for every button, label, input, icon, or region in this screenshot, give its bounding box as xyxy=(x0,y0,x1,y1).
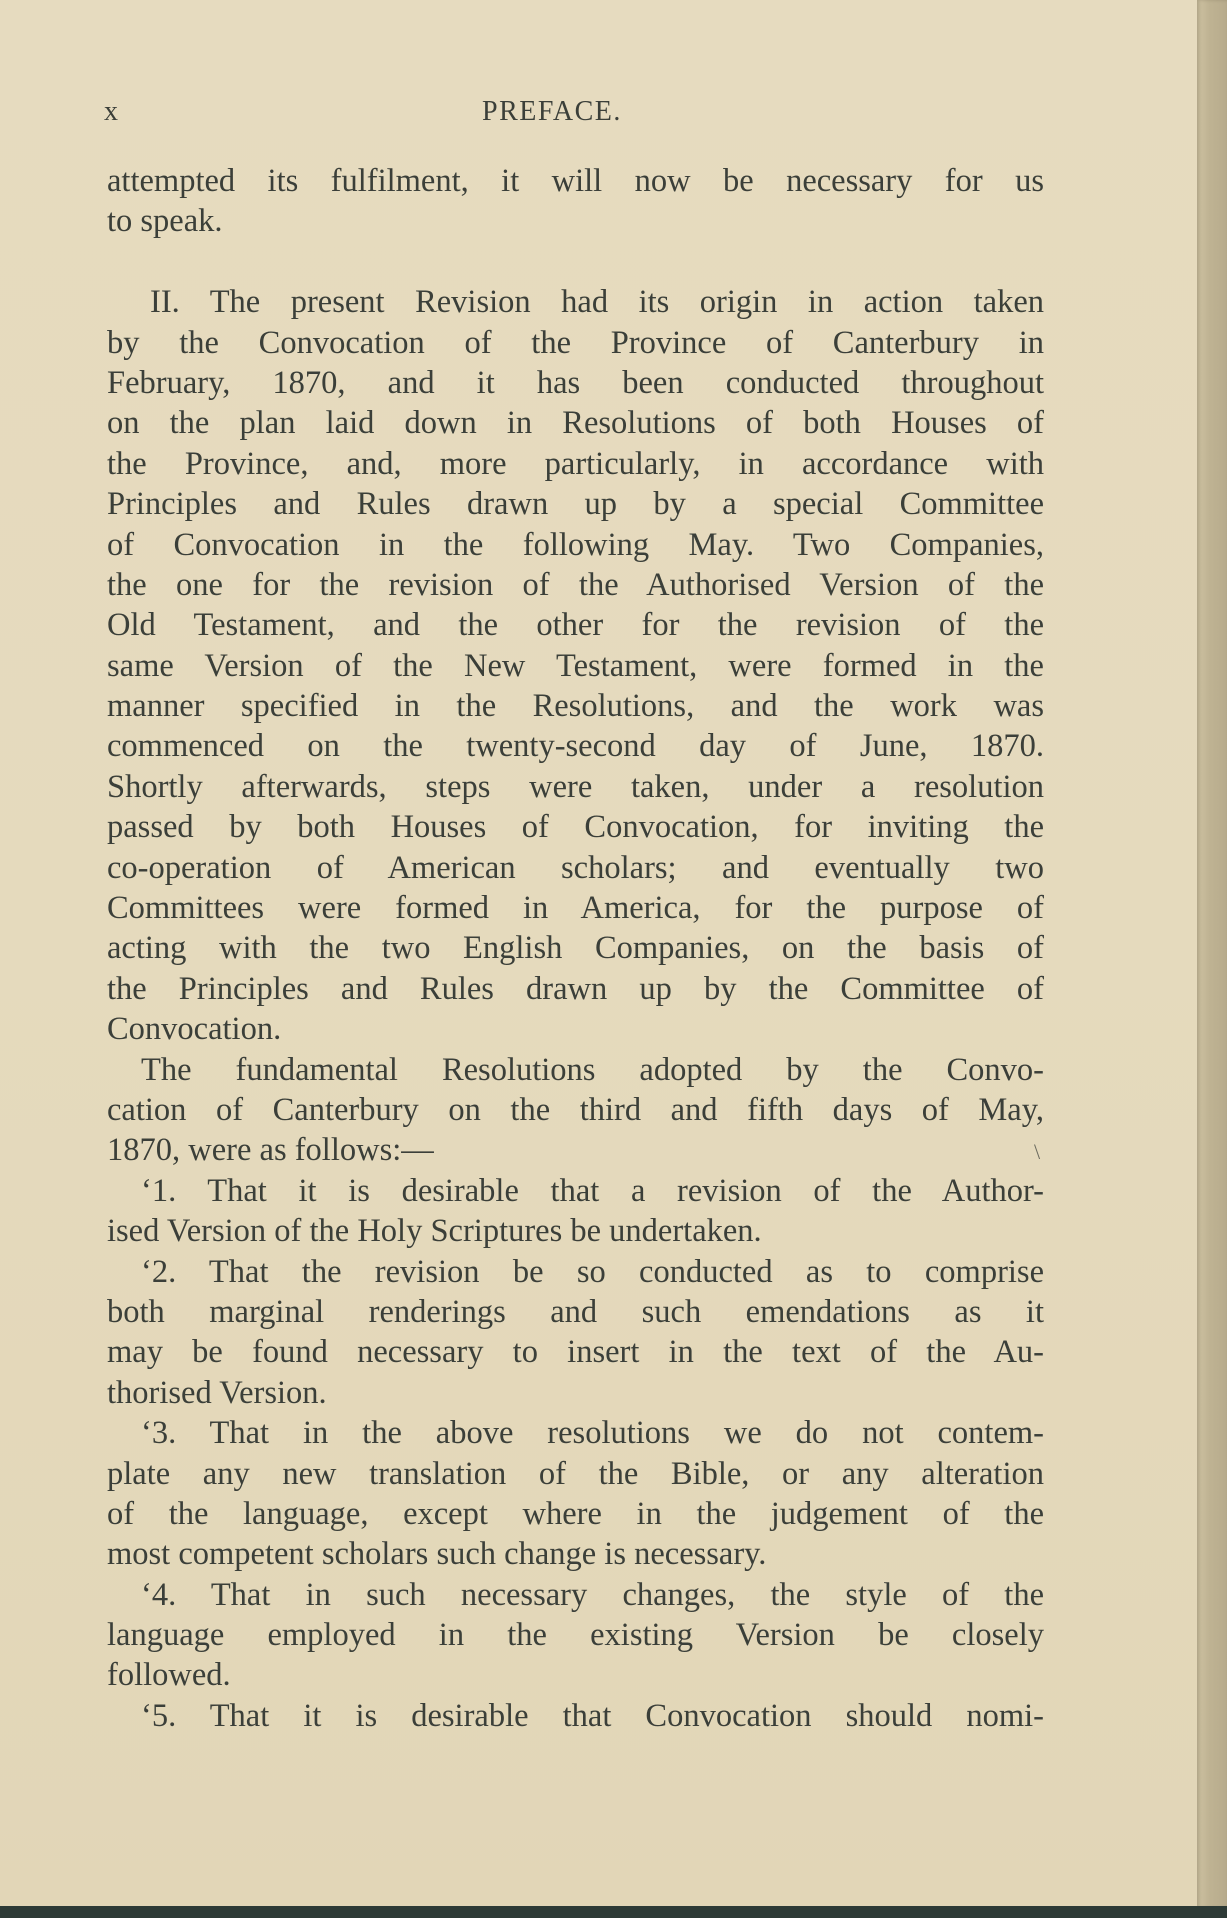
text-line: the Principles and Rules drawn up by the… xyxy=(107,969,1044,1009)
page-edge xyxy=(1197,0,1227,1908)
text-line: may be found necessary to insert in the … xyxy=(107,1332,1044,1372)
text-line: attempted its fulfilment, it will now be… xyxy=(107,161,1044,201)
text-line: most competent scholars such change is n… xyxy=(107,1534,1044,1574)
text-line: commenced on the twenty-second day of Ju… xyxy=(107,726,1044,766)
text-line: of Convocation in the following May. Two… xyxy=(107,525,1044,565)
text-line: Shortly afterwards, steps were taken, un… xyxy=(107,767,1044,807)
text-line: acting with the two English Companies, o… xyxy=(107,928,1044,968)
page-header: x PREFACE. xyxy=(0,96,1197,136)
text-line: language employed in the existing Versio… xyxy=(107,1615,1044,1655)
text-line: followed. xyxy=(107,1655,1044,1695)
text-line: on the plan laid down in Resolutions of … xyxy=(107,403,1044,443)
resolution-4: ‘4. That in such necessary changes, the … xyxy=(107,1575,1044,1696)
text-line: ‘1. That it is desirable that a revision… xyxy=(107,1171,1044,1211)
text-line: ‘3. That in the above resolutions we do … xyxy=(107,1413,1044,1453)
paragraph-resolutions-intro: The fundamental Resolutions adopted by t… xyxy=(107,1050,1044,1171)
resolution-1: ‘1. That it is desirable that a revision… xyxy=(107,1171,1044,1252)
text-line: ised Version of the Holy Scriptures be u… xyxy=(107,1211,1044,1251)
text-line: both marginal renderings and such emenda… xyxy=(107,1292,1044,1332)
text-line: manner specified in the Resolutions, and… xyxy=(107,686,1044,726)
body-text: attempted its fulfilment, it will now be… xyxy=(107,161,1044,1736)
text-line: II. The present Revision had its origin … xyxy=(107,282,1044,322)
paragraph-section-ii: II. The present Revision had its origin … xyxy=(107,282,1044,1049)
text-line: ‘5. That it is desirable that Convocatio… xyxy=(107,1696,1044,1736)
text-line: to speak. xyxy=(107,201,1044,241)
stray-print-mark: \ xyxy=(1034,1139,1040,1165)
text-line: of the language, except where in the jud… xyxy=(107,1494,1044,1534)
paragraph-gap xyxy=(107,242,1044,282)
resolution-3: ‘3. That in the above resolutions we do … xyxy=(107,1413,1044,1575)
scan-bottom-strip xyxy=(0,1906,1227,1918)
text-line: The fundamental Resolutions adopted by t… xyxy=(107,1050,1044,1090)
text-line: co-operation of American scholars; and e… xyxy=(107,848,1044,888)
text-line: Principles and Rules drawn up by a speci… xyxy=(107,484,1044,524)
text-line: ‘2. That the revision be so conducted as… xyxy=(107,1252,1044,1292)
text-line: Old Testament, and the other for the rev… xyxy=(107,605,1044,645)
resolution-2: ‘2. That the revision be so conducted as… xyxy=(107,1252,1044,1414)
text-line: passed by both Houses of Convocation, fo… xyxy=(107,807,1044,847)
running-head: PREFACE. xyxy=(482,96,622,128)
text-line: ‘4. That in such necessary changes, the … xyxy=(107,1575,1044,1615)
text-line: 1870, were as follows:— xyxy=(107,1130,1044,1170)
text-line: the Province, and, more particularly, in… xyxy=(107,444,1044,484)
text-line: Committees were formed in America, for t… xyxy=(107,888,1044,928)
resolution-5: ‘5. That it is desirable that Convocatio… xyxy=(107,1696,1044,1736)
text-line: by the Convocation of the Province of Ca… xyxy=(107,323,1044,363)
text-line: cation of Canterbury on the third and fi… xyxy=(107,1090,1044,1130)
paragraph-continuation: attempted its fulfilment, it will now be… xyxy=(107,161,1044,242)
text-line: February, 1870, and it has been conducte… xyxy=(107,363,1044,403)
page-number: x xyxy=(104,96,119,128)
text-line: same Version of the New Testament, were … xyxy=(107,646,1044,686)
text-line: thorised Version. xyxy=(107,1373,1044,1413)
text-line: Convocation. xyxy=(107,1009,1044,1049)
text-line: the one for the revision of the Authoris… xyxy=(107,565,1044,605)
text-line: plate any new translation of the Bible, … xyxy=(107,1454,1044,1494)
